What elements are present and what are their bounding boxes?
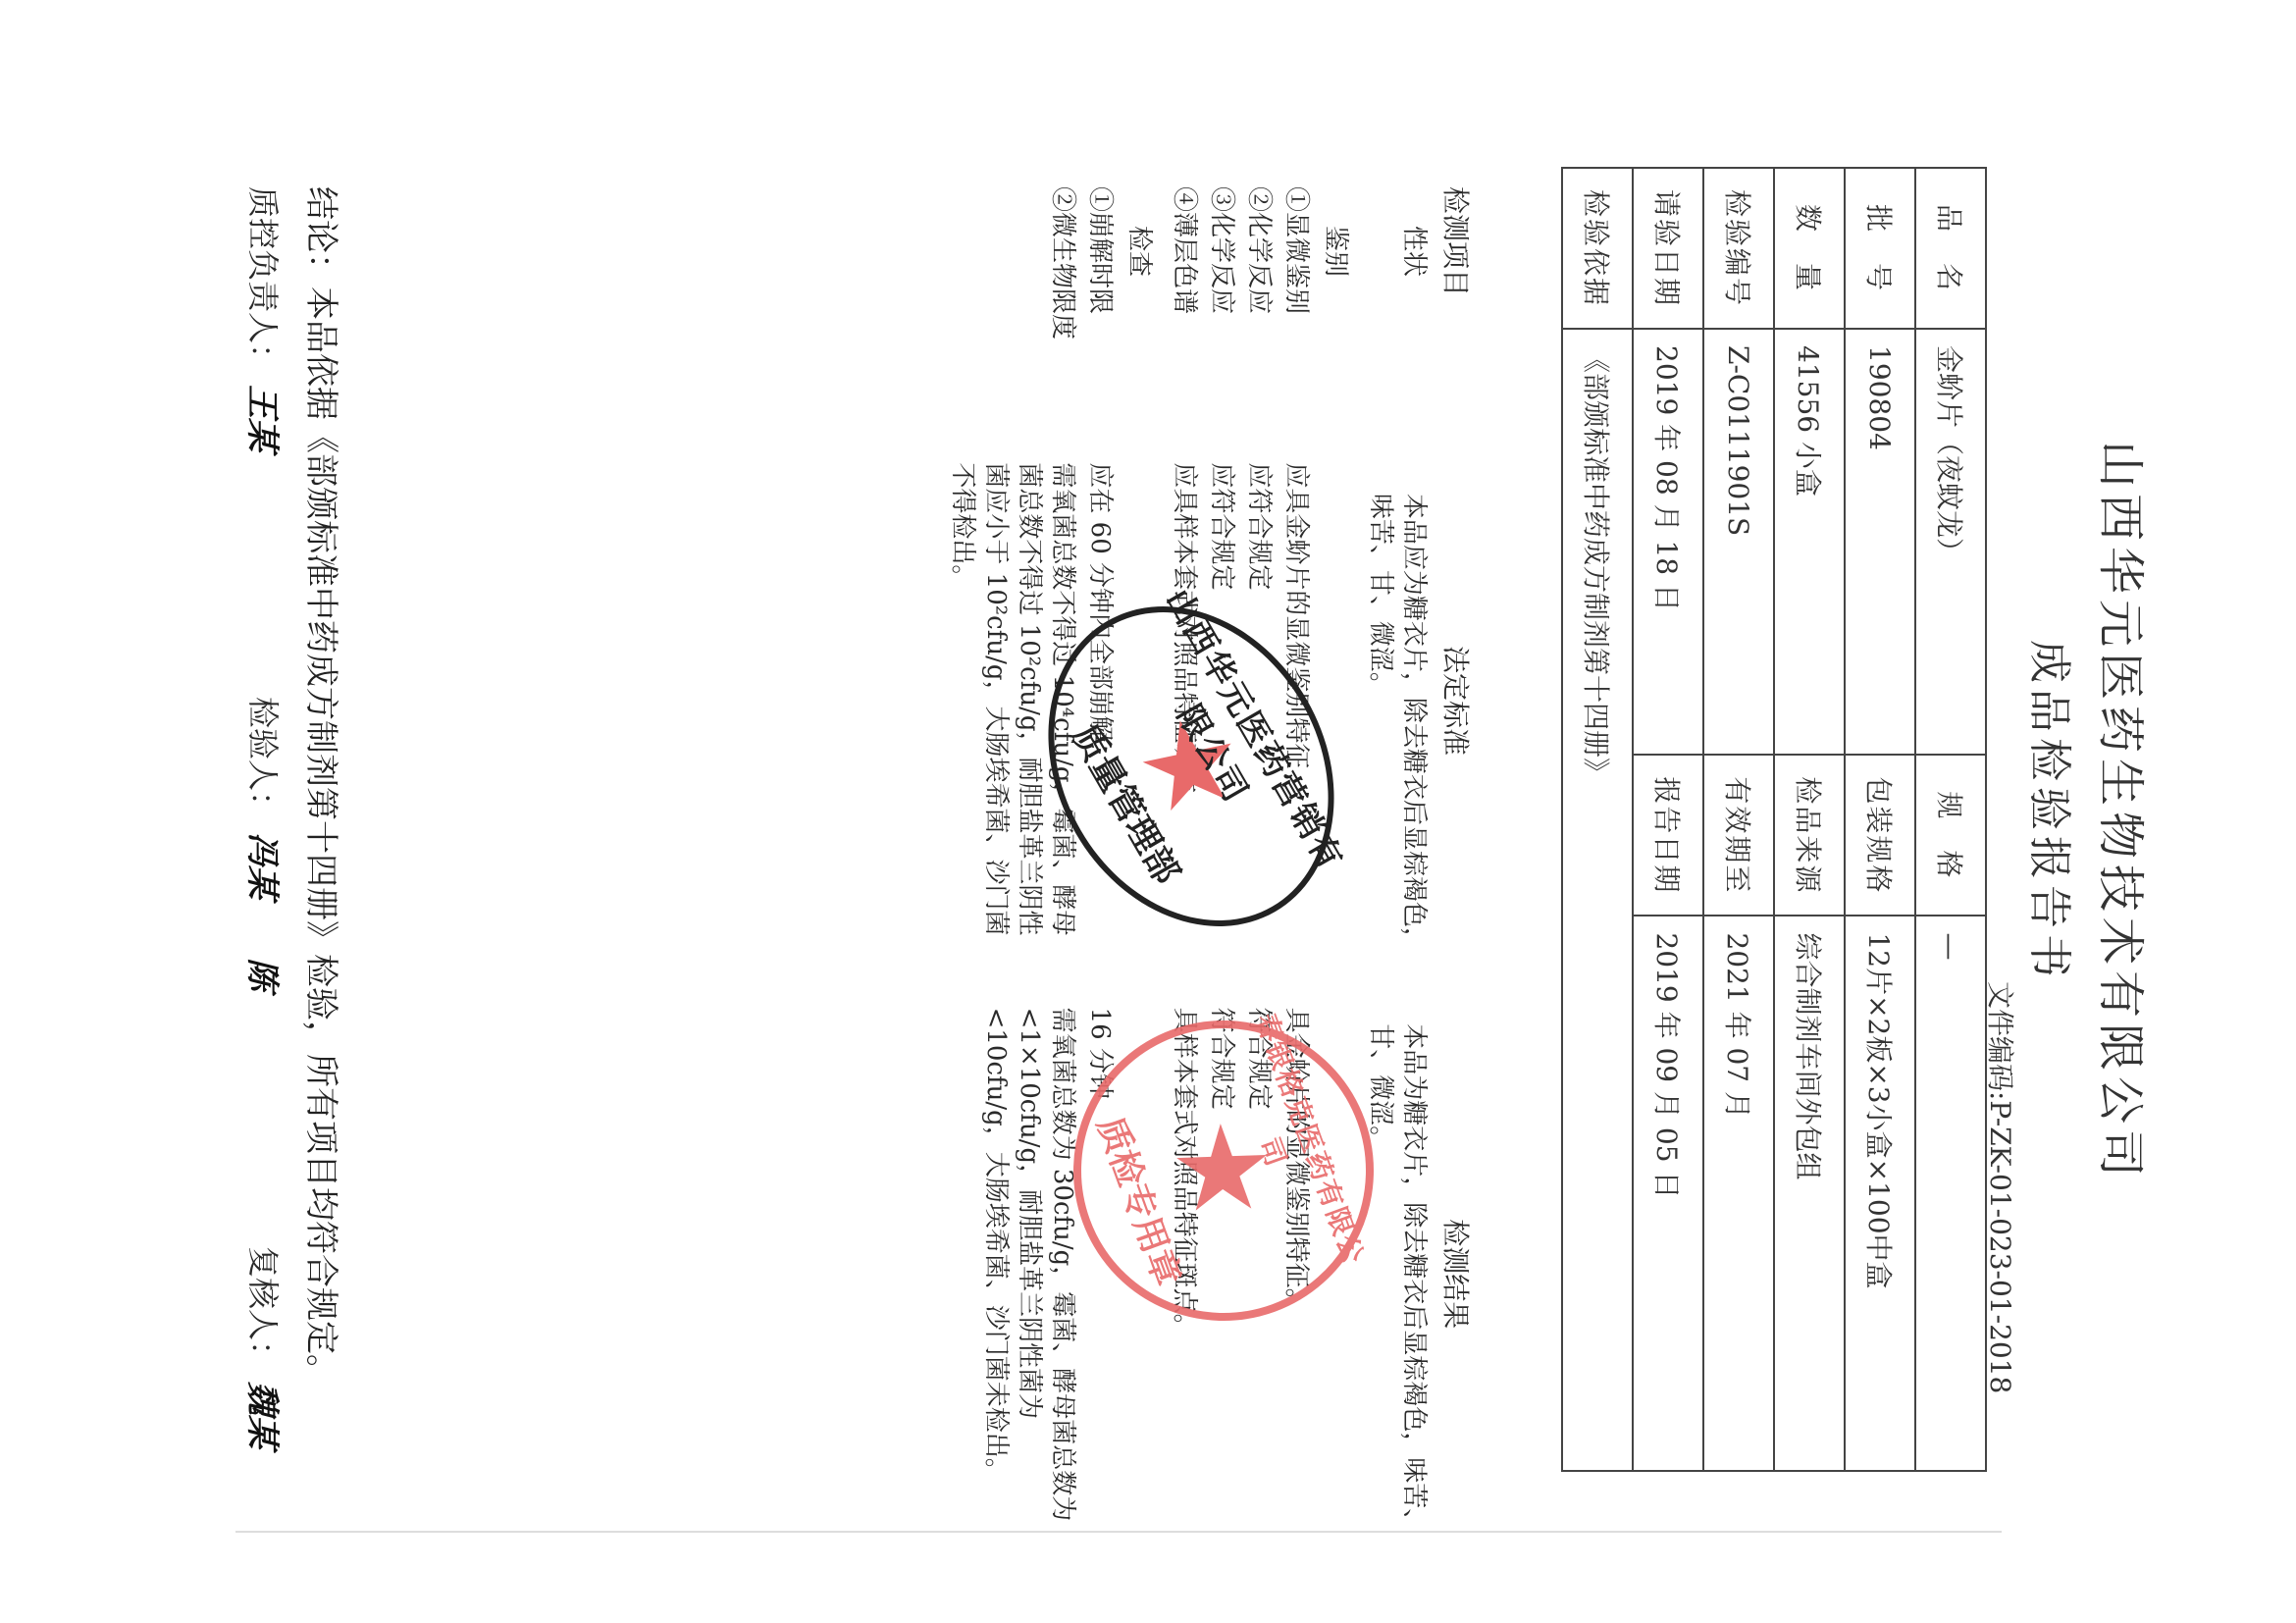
conclusion: 结论：本品依据《部颁标准中药成方制剂第十四册》检验，所有项目均符合规定。 [300, 186, 348, 1387]
inspector-signature: 检验人： 冯某 陈 [241, 697, 289, 1246]
product-info-table: 品 名金蚧片（夜蚊龙）规 格—批 号190804包装规格12片×2板×3小盒×1… [1561, 167, 1987, 1472]
info-value: 《部颁标准中药成方制剂第十四册》 [1562, 329, 1633, 1471]
inspection-report-page: 山西华元医药生物技术有限公司 成品检验报告书 文件编码:P-ZK-01-023-… [0, 0, 2296, 1623]
appearance-result: 本品为糖衣片，除去糖衣后显棕褐色，味苦、甘、微涩。 [1364, 955, 1431, 1541]
col-item-header: 检测项目 [1438, 167, 1472, 462]
appearance-row: 性状 本品应为糖衣片，除去糖衣后显棕褐色，味苦、甘、微涩。 本品为糖衣片，除去糖… [1364, 167, 1431, 1541]
reviewer-label: 复核人： [243, 1246, 288, 1372]
signature-row: 质控负责人： 王某 检验人： 冯某 陈 复核人： 魏某 [241, 186, 289, 1560]
test-row: ②微生物限度 需氧菌总数不得过 10⁴cfu/g，霉菌、酵母菌总数不得过 10²… [946, 167, 1079, 1541]
company-name: 山西华元医药生物技术有限公司 [2091, 0, 2159, 1623]
info-value: 综合制剂车间外包组 [1774, 916, 1845, 1471]
info-value: 2019 年 08 月 18 日 [1633, 329, 1703, 755]
appearance-standard: 本品应为糖衣片，除去糖衣后显棕褐色，味苦、甘、微涩。 [1364, 494, 1431, 955]
info-row: 请验日期2019 年 08 月 18 日报告日期2019 年 09 月 05 日 [1633, 168, 1703, 1471]
info-label: 请验日期 [1633, 168, 1703, 329]
qc-label: 质控负责人： [243, 186, 288, 375]
info-value: Z-C0111901S [1703, 329, 1774, 755]
info-label: 检品来源 [1774, 755, 1845, 916]
info-value: 12片×2板×3小盒×100中盒 [1845, 916, 1915, 1471]
info-value: 金蚧片（夜蚊龙） [1915, 329, 1986, 755]
info-row: 检验编号Z-C0111901S有效期至2021 年 07 月 [1703, 168, 1774, 1471]
info-label: 包装规格 [1845, 755, 1915, 916]
inspector-handwritten-signature-2: 陈 [241, 958, 289, 991]
reviewer-signature: 复核人： 魏某 [241, 1246, 289, 1448]
info-label: 有效期至 [1703, 755, 1774, 916]
test-item: ①显微鉴别 [1279, 167, 1313, 462]
test-item: ③化学反应 [1205, 167, 1238, 462]
info-value: 41556 小盒 [1774, 329, 1845, 755]
test-item: ②化学反应 [1242, 167, 1276, 462]
test-result: 需氧菌总数为 30cfu/g，霉菌、酵母菌总数为<1×10cfu/g，耐胆盐革兰… [946, 939, 1079, 1541]
info-label: 检验编号 [1703, 168, 1774, 329]
info-label: 规 格 [1915, 755, 1986, 916]
scan-artifact-line [235, 1531, 2002, 1533]
col-standard-header: 法定标准 [1438, 462, 1472, 938]
info-label: 品 名 [1915, 168, 1986, 329]
info-row: 品 名金蚧片（夜蚊龙）规 格— [1915, 168, 1986, 1471]
col-result-header: 检测结果 [1438, 939, 1472, 1541]
inspector-handwritten-signature: 冯某 [241, 832, 289, 899]
report-title: 成品检验报告书 [2022, 0, 2085, 1623]
info-value: 190804 [1845, 329, 1915, 755]
info-value: 2021 年 07 月 [1703, 916, 1774, 1471]
info-value: 2019 年 09 月 05 日 [1633, 916, 1703, 1471]
test-item: ④薄层色谱 [1168, 167, 1201, 462]
test-item: ②微生物限度 [946, 167, 1079, 462]
file-number: 文件编码:P-ZK-01-023-01-2018 [1982, 981, 2021, 1393]
inspector-label: 检验人： [243, 697, 288, 822]
qc-handwritten-signature: 王某 [241, 385, 289, 451]
info-label: 检验依据 [1562, 168, 1633, 329]
reviewer-handwritten-signature: 魏某 [241, 1382, 289, 1448]
info-label: 批 号 [1845, 168, 1915, 329]
info-row: 数 量41556 小盒检品来源综合制剂车间外包组 [1774, 168, 1845, 1471]
appearance-label: 性状 [1364, 167, 1431, 494]
info-row: 批 号190804包装规格12片×2板×3小盒×100中盒 [1845, 168, 1915, 1471]
info-value: — [1915, 916, 1986, 1471]
tests-header-row: 检测项目 法定标准 检测结果 [1438, 167, 1472, 1541]
info-label: 数 量 [1774, 168, 1845, 329]
test-item: ①崩解时限 [1083, 167, 1117, 462]
identification-label: 鉴别 [1319, 226, 1352, 1541]
info-row: 检验依据 《部颁标准中药成方制剂第十四册》 [1562, 168, 1633, 1471]
info-label: 报告日期 [1633, 755, 1703, 916]
qc-signature: 质控负责人： 王某 [241, 186, 289, 697]
